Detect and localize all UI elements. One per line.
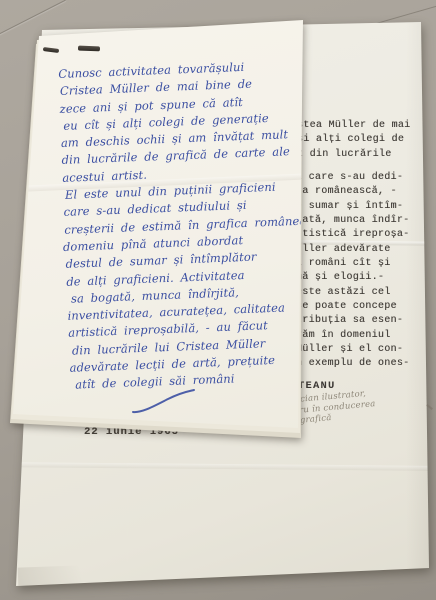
staple <box>43 47 59 53</box>
handwritten-letter-layer: Cunosc activitatea tovarășului Cristea M… <box>0 0 436 600</box>
signature-flourish <box>128 388 200 416</box>
photo-of-documents: stea Müller de mai și alți colegi de t d… <box>0 0 436 600</box>
staple <box>78 46 100 51</box>
handwritten-text: Cunosc activitatea tovarășului Cristea M… <box>58 56 322 394</box>
handwritten-page: Cunosc activitatea tovarășului Cristea M… <box>0 0 436 600</box>
